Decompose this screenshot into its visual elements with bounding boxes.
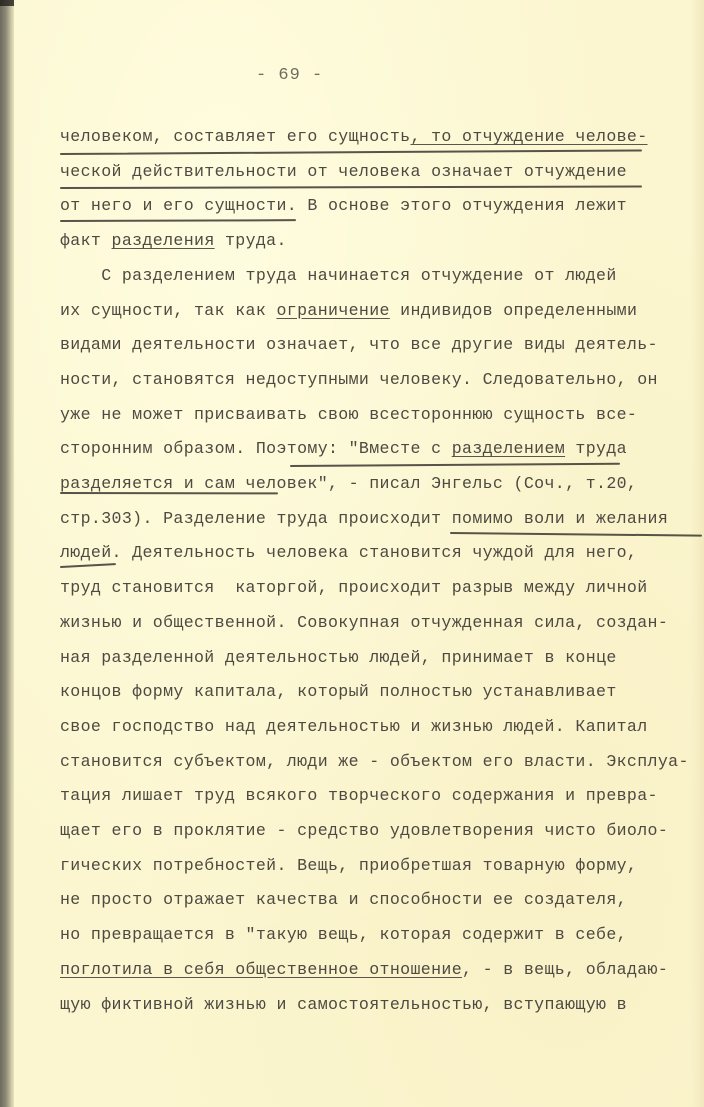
text-run: щает его в проклятие - средство удовлетв…	[60, 821, 668, 840]
text-line: сторонним образом. Поэтому: "Вместе с ра…	[60, 438, 627, 460]
text-line: от него и его сущности. В основе этого о…	[60, 195, 627, 217]
text-line: но превращается в "такую вещь, которая с…	[60, 924, 627, 946]
underlined-phrase: разделением	[452, 439, 565, 458]
text-line: свое господство над деятельностью и жизн…	[60, 716, 648, 738]
page-right-edge	[690, 0, 704, 1107]
text-run: труда	[565, 439, 627, 458]
text-line: становится субъектом, люди же - объектом…	[60, 751, 689, 773]
text-run: С разделением труда начинается отчуждени…	[60, 266, 617, 285]
text-run: жизнью и общественной. Совокупная отчужд…	[60, 613, 668, 632]
text-line: людей. Деятельность человека становится …	[60, 542, 637, 564]
text-run: свое господство над деятельностью и жизн…	[60, 717, 648, 736]
text-run: труд становится каторгой, происходит раз…	[60, 578, 648, 597]
page-number: - 69 -	[256, 66, 323, 85]
text-run: , - в вещь, обладаю-	[462, 960, 668, 979]
text-run: но превращается в "такую вещь, которая с…	[60, 925, 627, 944]
text-line: труд становится каторгой, происходит раз…	[60, 577, 648, 599]
text-line: факт разделения труда.	[60, 230, 287, 252]
text-line: не просто отражает качества и способност…	[60, 889, 627, 911]
text-run: людей. Деятельность человека становится …	[60, 543, 637, 562]
text-line: их сущности, так как ограничение индивид…	[60, 300, 637, 322]
text-line: ная разделенной деятельностью людей, при…	[60, 647, 617, 669]
text-line: ческой действительности от человека озна…	[60, 161, 627, 183]
pen-underline	[60, 492, 278, 494]
text-run: гических потребностей. Вещь, приобретшая…	[60, 856, 637, 875]
text-run: щую фиктивной жизнью и самостоятельность…	[60, 995, 627, 1014]
underlined-phrase: ограничение	[276, 301, 389, 320]
text-run: ности, становятся недоступными человеку.…	[60, 370, 658, 389]
text-line: поглотила в себя общественное отношение,…	[60, 959, 668, 981]
text-line: ности, становятся недоступными человеку.…	[60, 369, 658, 391]
text-run: их сущности, так как	[60, 301, 276, 320]
text-line: гических потребностей. Вещь, приобретшая…	[60, 855, 637, 877]
text-run: сторонним образом. Поэтому: "Вместе с	[60, 439, 452, 458]
underlined-phrase: , то отчуждение челове-	[410, 127, 647, 146]
text-line: стр.303). Разделение труда происходит по…	[60, 508, 668, 530]
text-run: концов форму капитала, который полностью…	[60, 682, 617, 701]
text-line: жизнью и общественной. Совокупная отчужд…	[60, 612, 668, 634]
text-line: тация лишает труд всякого творческого со…	[60, 785, 658, 807]
text-line: видами деятельности означает, что все др…	[60, 334, 658, 356]
text-line: щает его в проклятие - средство удовлетв…	[60, 820, 668, 842]
page-binding-edge	[0, 0, 14, 1107]
text-line: концов форму капитала, который полностью…	[60, 681, 617, 703]
text-run: видами деятельности означает, что все др…	[60, 335, 658, 354]
text-run: стр.303). Разделение труда происходит по…	[60, 509, 668, 528]
text-run: труда.	[215, 231, 287, 250]
text-run: человеком, составляет его сущность	[60, 127, 410, 146]
text-line: С разделением труда начинается отчуждени…	[60, 265, 617, 287]
text-line: уже не может присваивать свою всесторонн…	[60, 404, 637, 426]
text-run: становится субъектом, люди же - объектом…	[60, 752, 689, 771]
text-run: индивидов определенными	[390, 301, 637, 320]
underlined-phrase: разделения	[112, 231, 215, 250]
text-run: факт	[60, 231, 112, 250]
text-run: ная разделенной деятельностью людей, при…	[60, 648, 617, 667]
text-run: уже не может присваивать свою всесторонн…	[60, 405, 637, 424]
text-run: не просто отражает качества и способност…	[60, 890, 627, 909]
text-run: ческой действительности от человека озна…	[60, 162, 627, 181]
underlined-phrase: поглотила в себя общественное отношение	[60, 960, 462, 979]
text-line: человеком, составляет его сущность, то о…	[60, 126, 648, 148]
text-run: разделяется и сам человек", - писал Энге…	[60, 474, 637, 493]
text-run: тация лишает труд всякого творческого со…	[60, 786, 658, 805]
text-line: щую фиктивной жизнью и самостоятельность…	[60, 994, 627, 1016]
text-run: от него и его сущности. В основе этого о…	[60, 196, 627, 215]
